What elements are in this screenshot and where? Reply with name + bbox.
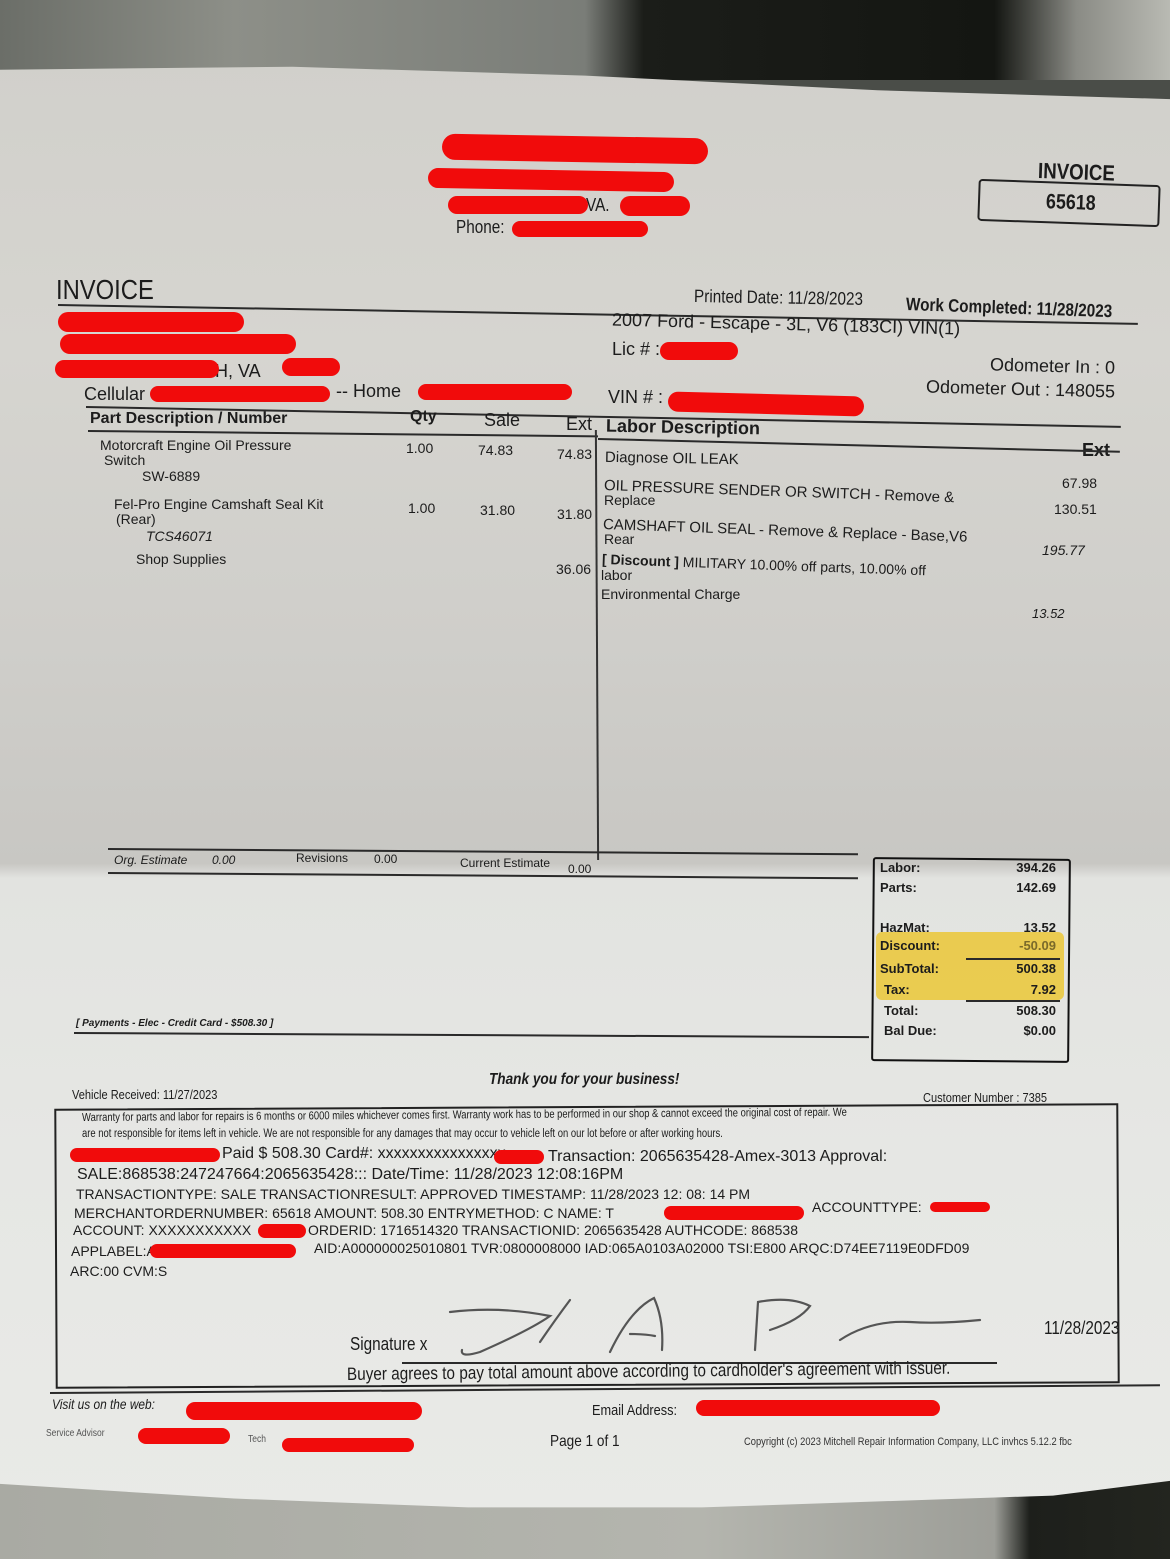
redaction-shop-street [428,168,674,192]
license-label: Lic # : [612,339,660,360]
redaction-shop-name [442,134,708,165]
totals-label: Parts: [880,880,917,895]
home-label: -- Home [336,381,401,402]
labor-description-cont: labor [601,567,632,583]
redaction-customer-zip [282,358,340,376]
part-description-cont: Switch [104,452,145,468]
part-number: SW-6889 [142,468,200,484]
signature-date: 11/28/2023 [1044,1318,1119,1339]
totals-value: 7.92 [990,982,1056,997]
part-qty: 1.00 [406,440,433,456]
payments-line: [ Payments - Elec - Credit Card - $508.3… [76,1018,273,1029]
part-number: TCS46071 [146,528,213,544]
email-label: Email Address: [592,1402,677,1419]
labor-description-cont: Rear [604,531,634,547]
transaction-line7: ARC:00 CVM:S [70,1263,167,1279]
redaction-applabel [150,1244,296,1258]
org-estimate-label: Org. Estimate [114,853,187,867]
redaction-license [660,342,738,360]
totals-value: -50.09 [990,938,1056,953]
part-ext: 31.80 [557,506,592,522]
redaction-name [664,1206,804,1220]
part-ext: 36.06 [556,561,591,577]
transaction-line5-order: ORDERID: 1716514320 TRANSACTIONID: 20656… [308,1222,798,1238]
totals-value: $0.00 [990,1023,1056,1038]
redaction-customer-street [60,334,296,354]
redaction-shop-zip [620,196,690,216]
transaction-line1-paid: Paid $ 508.30 Card#: xxxxxxxxxxxxxxxx [222,1145,506,1163]
part-description: Motorcraft Engine Oil Pressure [100,437,291,453]
labor-ext: 13.52 [1032,606,1065,621]
transaction-line2: SALE:868538:247247664:2065635428::: Date… [77,1166,623,1184]
part-description: Fel-Pro Engine Camshaft Seal Kit [114,496,323,512]
page-indicator: Page 1 of 1 [550,1433,620,1451]
redaction-tech [282,1438,414,1452]
thank-you-message: Thank you for your business! [489,1071,679,1089]
labor-header-description: Labor Description [606,416,760,440]
redaction-account-type [930,1202,990,1212]
service-advisor-label: Service Advisor [46,1428,105,1439]
redaction-account [258,1224,306,1238]
parts-header-sale: Sale [484,410,520,431]
cellular-label: Cellular [84,384,145,405]
revisions-label: Revisions [296,851,348,865]
redaction-email [696,1400,940,1416]
tax-underline [966,1000,1060,1002]
transaction-line6-applabel: APPLABEL:A [71,1243,156,1259]
invoice-number-box: 65618 [977,179,1160,227]
shop-city-state: VA. [586,195,610,216]
redaction-website [186,1402,422,1420]
vin-label: VIN # : [608,387,663,408]
redaction-shop-city [448,196,588,214]
totals-label: SubTotal: [880,961,939,976]
signature-label: Signature x [350,1334,427,1355]
discount-underline [966,958,1060,960]
totals-label: Bal Due: [884,1023,937,1038]
labor-description: Environmental Charge [601,586,740,602]
totals-value: 500.38 [990,961,1056,976]
labor-description: Diagnose OIL LEAK [605,449,739,468]
transaction-line3: TRANSACTIONTYPE: SALE TRANSACTIONRESULT:… [76,1186,750,1202]
part-sale: 31.80 [480,502,515,518]
redaction-customer-city [55,360,219,378]
totals-label: Labor: [880,860,920,875]
org-estimate-value: 0.00 [212,853,235,867]
parts-header-ext: Ext [566,414,592,435]
printed-date: Printed Date: 11/28/2023 [694,286,863,310]
redaction-customer-name [58,312,244,332]
transaction-line4: MERCHANTORDERNUMBER: 65618 AMOUNT: 508.3… [74,1205,614,1221]
redaction-cardholder [70,1148,220,1162]
vehicle-received: Vehicle Received: 11/27/2023 [72,1087,217,1102]
transaction-line1-approval: Transaction: 2065635428-Amex-3013 Approv… [548,1148,887,1166]
current-estimate-label: Current Estimate [460,856,550,870]
totals-label: Total: [884,1003,918,1018]
labor-ext: 67.98 [1062,475,1097,491]
transaction-line5-account: ACCOUNT: XXXXXXXXXXX [73,1222,251,1238]
redaction-service-advisor [138,1428,230,1444]
page-title: INVOICE [56,274,154,306]
labor-description-cont: Replace [604,492,655,508]
redaction-card-number [494,1150,544,1164]
part-description: Shop Supplies [136,551,226,567]
redaction-cellular [150,386,330,402]
part-ext: 74.83 [557,446,592,462]
part-qty: 1.00 [408,500,435,516]
totals-label: Tax: [884,982,910,997]
totals-value: 394.26 [990,860,1056,875]
totals-value: 142.69 [990,880,1056,895]
transaction-line6-emv: AID:A000000025010801 TVR:0800008000 IAD:… [314,1240,969,1256]
transaction-line4-accounttype: ACCOUNTTYPE: [812,1199,922,1215]
totals-label: Discount: [880,938,940,953]
part-sale: 74.83 [478,442,513,458]
parts-header-description: Part Description / Number [90,410,287,428]
labor-ext: 195.77 [1042,542,1085,558]
invoice-number: 65618 [1046,190,1096,216]
customer-city-state: H, VA [215,361,261,382]
totals-label: HazMat: [880,920,930,935]
copyright: Copyright (c) 2023 Mitchell Repair Infor… [744,1436,1072,1448]
shop-phone-label: Phone: [456,217,505,238]
redaction-home-phone [418,384,572,400]
revisions-value: 0.00 [374,852,397,866]
current-estimate-value: 0.00 [568,862,591,876]
part-description-cont: (Rear) [116,511,156,527]
warranty-text-line2: are not responsible for items left in ve… [82,1128,723,1140]
tech-label: Tech [248,1434,266,1445]
signature-scribble [440,1280,1000,1360]
totals-value: 13.52 [990,920,1056,935]
totals-value: 508.30 [990,1003,1056,1018]
website-label: Visit us on the web: [52,1396,155,1412]
redaction-shop-phone [512,221,648,237]
parts-header-qty: Qty [410,408,437,426]
odometer-in: Odometer In : 0 [990,354,1116,378]
labor-ext: 130.51 [1054,501,1097,517]
